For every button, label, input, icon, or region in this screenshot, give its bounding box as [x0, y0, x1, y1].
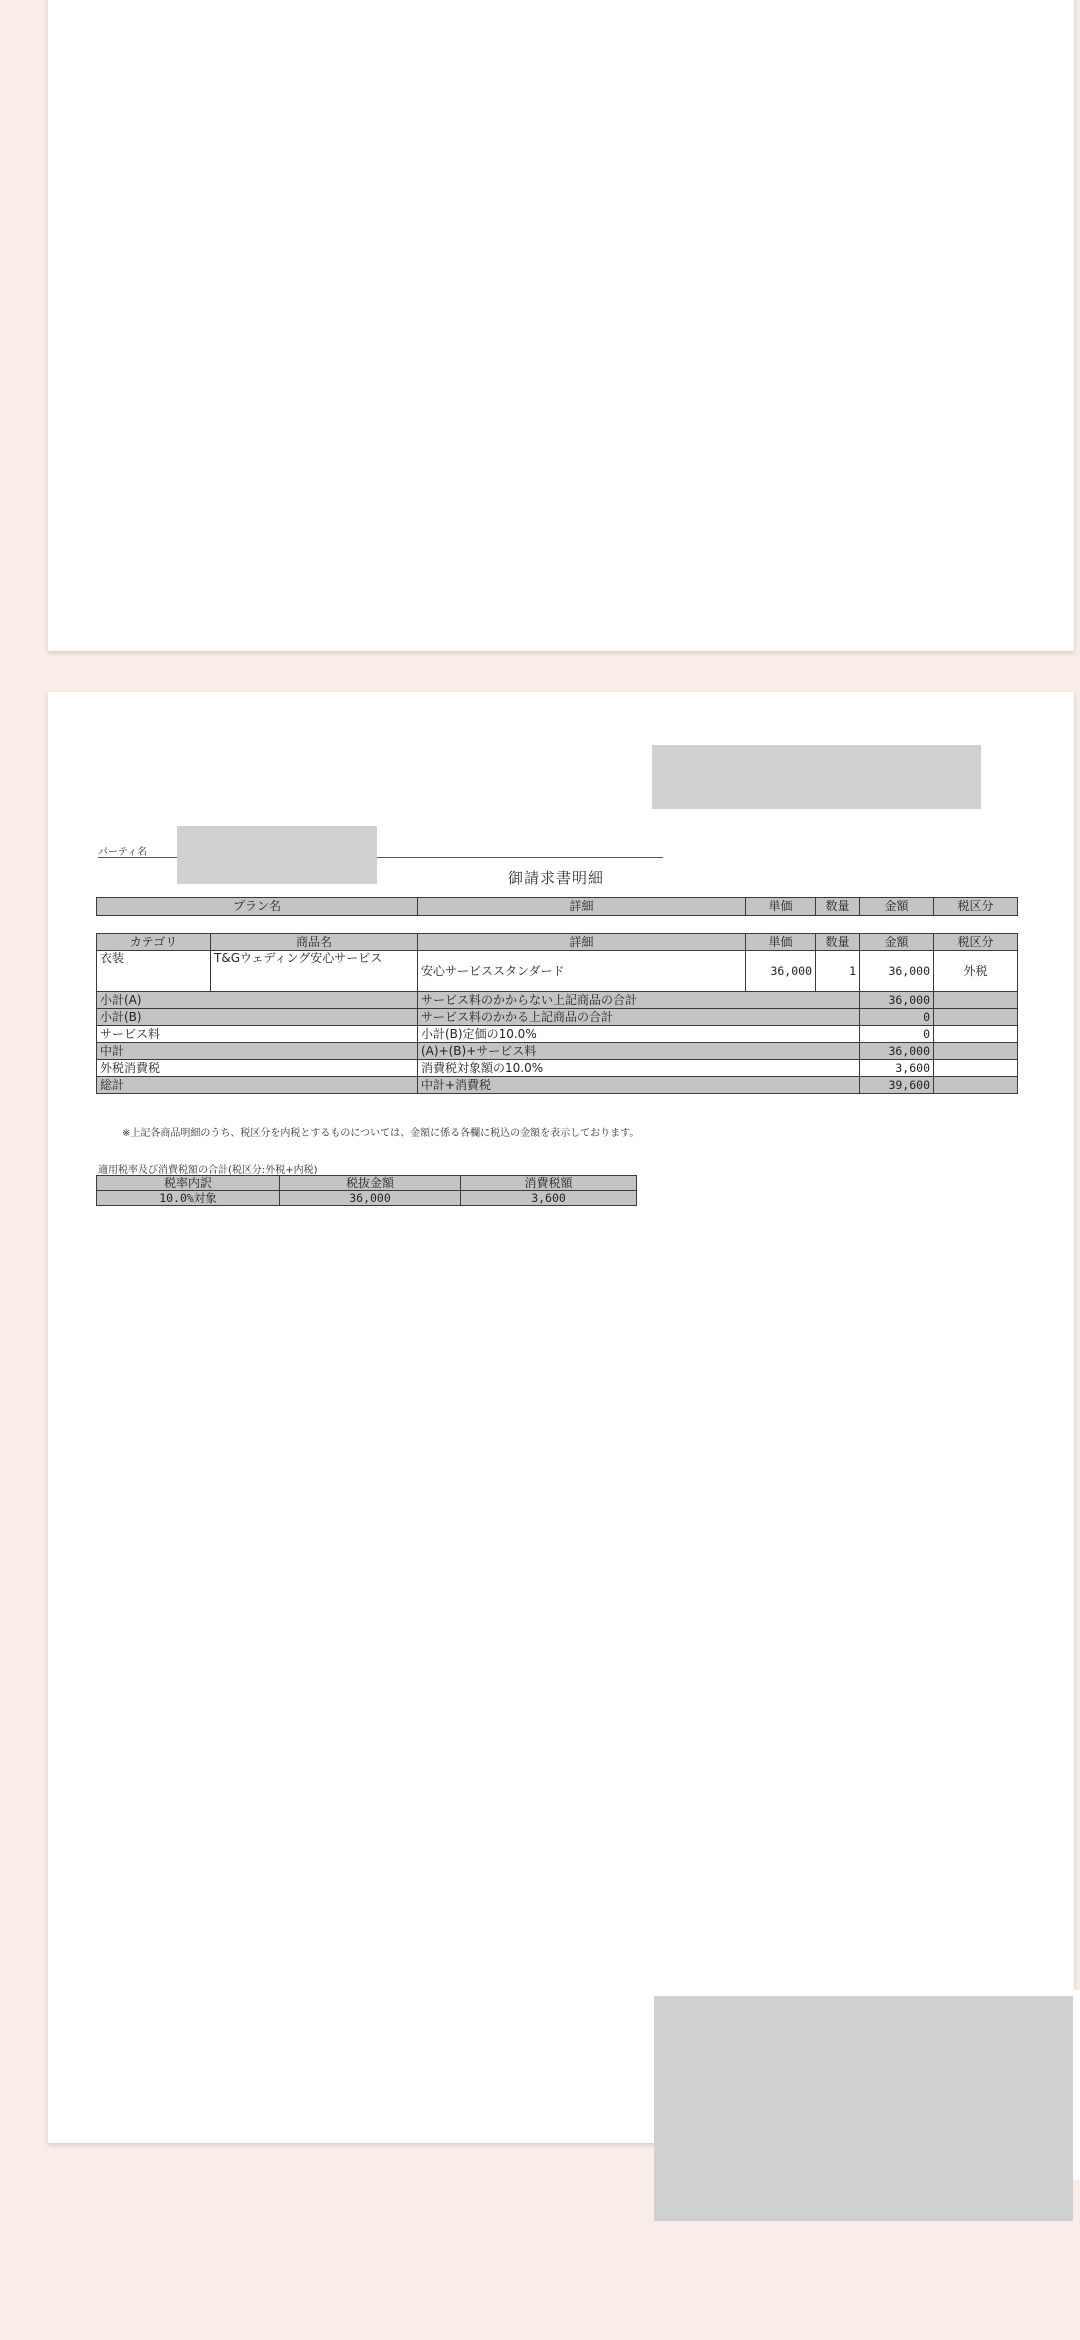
totals-tax-type: [934, 1060, 1018, 1077]
col-tax-rate-breakdown: 税率内訳: [97, 1176, 280, 1191]
totals-description: サービス料のかかる上記商品の合計: [418, 1009, 860, 1026]
redacted-block-header: [652, 745, 981, 809]
totals-label: 総計: [97, 1077, 418, 1094]
col-detail: 詳細: [418, 934, 746, 951]
totals-row: サービス料小計(B)定価の10.0%0: [97, 1026, 1018, 1043]
totals-description: 消費税対象額の10.0%: [418, 1060, 860, 1077]
tax-rate-value: 10.0%対象: [97, 1191, 280, 1206]
col-quantity: 数量: [816, 934, 860, 951]
col-unit-price: 単価: [746, 934, 816, 951]
col-taxable-amount: 税抜金額: [280, 1176, 461, 1191]
totals-amount: 3,600: [860, 1060, 934, 1077]
col-tax-amount: 消費税額: [461, 1176, 637, 1191]
item-category: 衣装: [97, 951, 211, 992]
next-page-edge: [1073, 1990, 1080, 2180]
item-unit-price: 36,000: [746, 951, 816, 992]
totals-row: 小計(A)サービス料のかからない上記商品の合計36,000: [97, 992, 1018, 1009]
totals-description: (A)+(B)+サービス料: [418, 1043, 860, 1060]
totals-row: 中計(A)+(B)+サービス料36,000: [97, 1043, 1018, 1060]
totals-label: 小計(A): [97, 992, 418, 1009]
col-category: カテゴリ: [97, 934, 211, 951]
totals-tax-type: [934, 1009, 1018, 1026]
document-title: 御請求書明細: [508, 867, 604, 888]
totals-description: 中計+消費税: [418, 1077, 860, 1094]
redacted-block-footer: [654, 1996, 1073, 2221]
tax-summary-table: 税率内訳 税抜金額 消費税額 10.0%対象 36,000 3,600: [96, 1175, 637, 1206]
totals-tax-type: [934, 992, 1018, 1009]
totals-amount: 36,000: [860, 992, 934, 1009]
totals-section: 小計(A)サービス料のかからない上記商品の合計36,000小計(B)サービス料の…: [97, 992, 1018, 1094]
totals-amount: 39,600: [860, 1077, 934, 1094]
item-amount: 36,000: [860, 951, 934, 992]
items-table: カテゴリ 商品名 詳細 単価 数量 金額 税区分 衣装 T&Gウェディング安心サ…: [96, 933, 1018, 1094]
col-unit-price: 単価: [746, 898, 816, 916]
document-page-1: [48, 0, 1074, 651]
tax-summary-caption: 適用税率及び消費税額の合計(税区分:外税+内税): [98, 1161, 318, 1176]
col-tax-type: 税区分: [934, 898, 1018, 916]
totals-label: 小計(B): [97, 1009, 418, 1026]
totals-row: 総計中計+消費税39,600: [97, 1077, 1018, 1094]
item-product-name: T&Gウェディング安心サービス: [211, 951, 418, 992]
document-page-2: パーティ名 御請求書明細 プラン名 詳細 単価 数量 金額 税区分 カテゴリ 商…: [48, 692, 1074, 2143]
table-row: 10.0%対象 36,000 3,600: [97, 1191, 637, 1206]
redacted-party-name: [177, 826, 377, 884]
col-plan-name: プラン名: [97, 898, 418, 916]
totals-row: 小計(B)サービス料のかかる上記商品の合計0: [97, 1009, 1018, 1026]
party-name-label: パーティ名: [98, 843, 147, 858]
item-detail: 安心サービススタンダード: [418, 951, 746, 992]
totals-amount: 36,000: [860, 1043, 934, 1060]
totals-tax-type: [934, 1043, 1018, 1060]
totals-tax-type: [934, 1026, 1018, 1043]
col-quantity: 数量: [816, 898, 860, 916]
totals-label: 外税消費税: [97, 1060, 418, 1077]
totals-description: 小計(B)定価の10.0%: [418, 1026, 860, 1043]
totals-tax-type: [934, 1077, 1018, 1094]
totals-amount: 0: [860, 1026, 934, 1043]
col-amount: 金額: [860, 934, 934, 951]
taxable-amount-value: 36,000: [280, 1191, 461, 1206]
col-tax-type: 税区分: [934, 934, 1018, 951]
totals-row: 外税消費税消費税対象額の10.0%3,600: [97, 1060, 1018, 1077]
item-quantity: 1: [816, 951, 860, 992]
totals-amount: 0: [860, 1009, 934, 1026]
item-tax-type: 外税: [934, 951, 1018, 992]
col-amount: 金額: [860, 898, 934, 916]
totals-label: サービス料: [97, 1026, 418, 1043]
tax-amount-value: 3,600: [461, 1191, 637, 1206]
totals-label: 中計: [97, 1043, 418, 1060]
col-detail: 詳細: [418, 898, 746, 916]
col-product-name: 商品名: [211, 934, 418, 951]
plan-header-table: プラン名 詳細 単価 数量 金額 税区分: [96, 897, 1018, 916]
table-row: 衣装 T&Gウェディング安心サービス 安心サービススタンダード 36,000 1…: [97, 951, 1018, 992]
tax-inclusion-note: ※上記各商品明細のうち、税区分を内税とするものについては、金額に係る各欄に税込の…: [122, 1124, 639, 1139]
totals-description: サービス料のかからない上記商品の合計: [418, 992, 860, 1009]
